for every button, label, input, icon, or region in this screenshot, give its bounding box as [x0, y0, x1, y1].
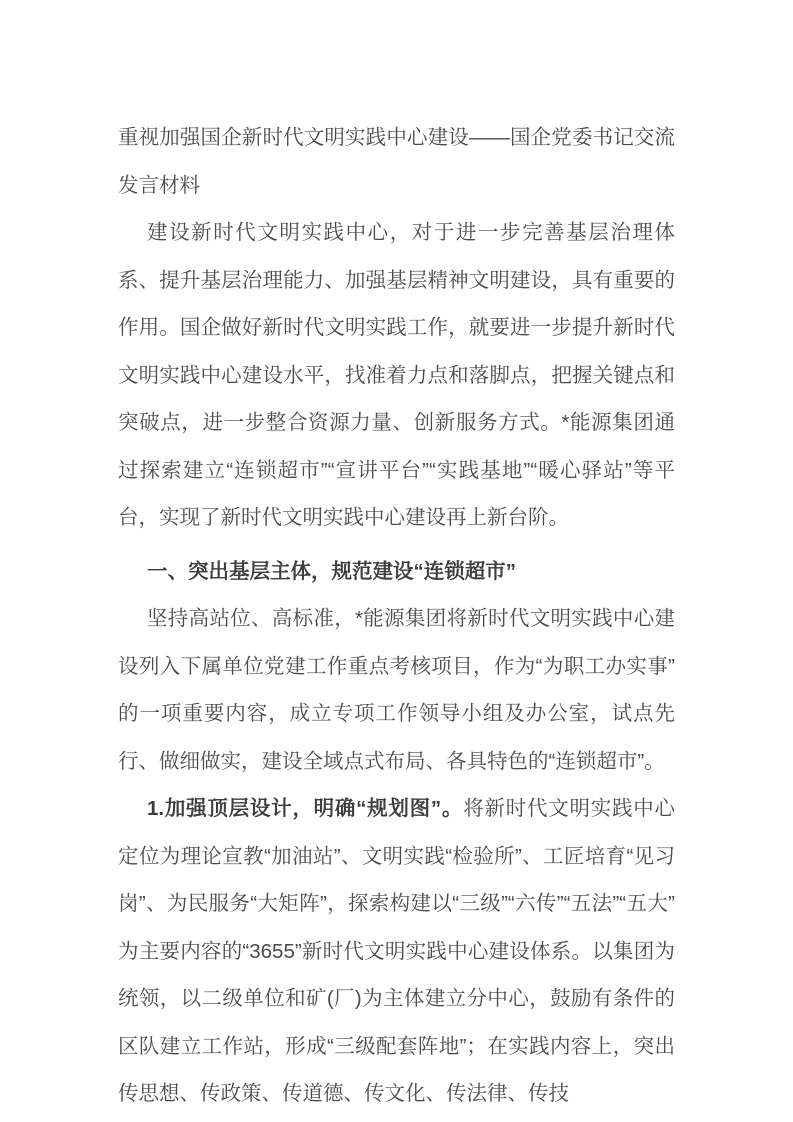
section-1-heading: 一、突出基层主体，规范建设“连锁超市”	[118, 548, 675, 596]
document-page: 重视加强国企新时代文明实践中心建设——国企党委书记交流发言材料 建设新时代文明实…	[0, 0, 793, 1122]
paragraph-intro: 建设新时代文明实践中心，对于进一步完善基层治理体系、提升基层治理能力、加强基层精…	[118, 209, 675, 542]
document-title: 重视加强国企新时代文明实践中心建设——国企党委书记交流发言材料	[118, 114, 675, 209]
paragraph-section-1: 坚持高站位、高标准，*能源集团将新时代文明实践中心建设列入下属单位党建工作重点考…	[118, 595, 675, 785]
paragraph-point-1-lead: 1.加强顶层设计，明确“规划图”。	[147, 797, 463, 820]
paragraph-point-1: 1.加强顶层设计，明确“规划图”。将新时代文明实践中心定位为理论宣教“加油站”、…	[118, 785, 675, 1118]
paragraph-point-1-text: 将新时代文明实践中心定位为理论宣教“加油站”、文明实践“检验所”、工匠培育“见习…	[118, 797, 675, 1105]
